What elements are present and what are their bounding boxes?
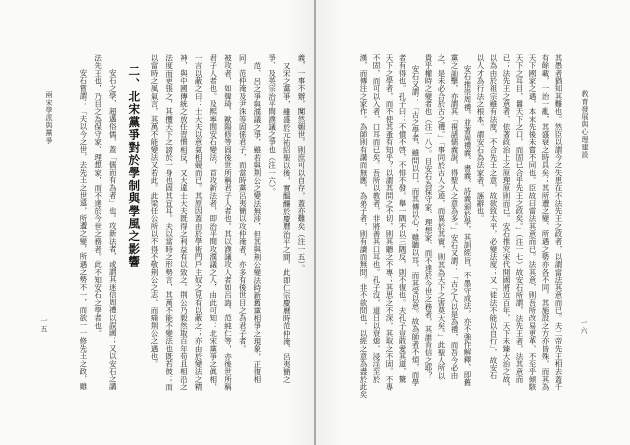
text-column: 黨之訕擊，亦謂其「視諸儒義說，得聖人之意為多。」安石又謂：「古之人以是為禮，而吾… <box>448 54 461 392</box>
text-column: 范、呂之爭與濮議之爭，雖若與荆公之變法無涉，但其與荆公變法時新舊黨相爭之現象，正… <box>249 54 264 392</box>
text-column: 爭、及英宗治平間濮議之爭也（注一六）。 <box>264 54 279 392</box>
text-column: 以人才為行法之根本。謂安石為法家者，誣辭也。 <box>474 54 487 392</box>
text-column: 義，一事不辦，闃然媚世，則庶可以自存，蓋亦難矣（注一五）。 <box>293 54 308 392</box>
text-column: 安石推崇周禮，並著周禮義、書義、詩義頒於學，其訓經旨，不墨守成法，亦不強作解釋，… <box>461 54 474 392</box>
text-column: 貴乎權時之變者也（注一八）。目安石為保守家、理想家、而不達於今世之務者，其誰肯信… <box>422 54 435 392</box>
text-column: 法度而更張之，其攬天下之謗於一身也固其宜耳。夫以當時之形勢言，其萬不能不變法也既… <box>161 54 176 392</box>
text-column: 安石又謂：「古之學者，雖問以口，而其傳以心；雖聽以耳，而其受以意。故為師者不煩，… <box>409 54 422 392</box>
text-column: 有餘載，一治一亂，其盛衰之時具矣；其所遭之變、所遇之勢亦各不同，其施設之方亦皆殊… <box>539 54 552 392</box>
book-scan: 兩宋學派與黨爭 一五 義，一事不辦，闃然媚世，則庶可以自存，蓋亦難矣（注一五）。… <box>0 0 630 445</box>
text-column: 安石之學，超邁俗儒，蓋「儒而有為者」也。攻新法者，或謂其迷信周禮以誤國；又以安石… <box>105 54 120 392</box>
text-column: 以當時之風氣言，其萬不能變法又若此。此梁任公所以不得不敬荆公之志、而痛荆公之遇也… <box>146 54 161 392</box>
running-title-right: 敎育發展與心理建設 <box>580 90 590 158</box>
text-column: 又宋之黨爭，雖盛於元祐紹聖以後，實醞釀於慶曆治平之間，此即仁宗慶曆時范仲淹、呂夷… <box>279 54 294 392</box>
text-column: 之，是未必合於古之禮。」「事同於古人之迹，而異於其實，則其為天下之害莫大矣。」此… <box>435 54 448 392</box>
text-column: 君子人者也。及熙寧間安石變法，首攻新法者，即治平間攻濮議之人，由此可知：北宋黨爭… <box>205 54 220 392</box>
text-column: 天下國家之遇，本末先後未嘗不同也。臣故曰當法其意而已。法其意，則吾所改易更革，不… <box>526 54 539 392</box>
text-column: 安石嘗謂：「夫以今之世，去先王之世遠，所遭之變，所遇之勢不一，而欲一一修先王之政… <box>75 54 90 392</box>
left-page-text: 義，一事不辦，闃然媚世，則庶可以自存，蓋亦難矣（注一五）。又宋之黨爭，雖盛於元祐… <box>60 54 308 392</box>
text-column: 不固，而可以入者，口耳而已矣。吾所以教者，非將善其口耳也。孔子沒，道日以衰熄，浸… <box>370 54 383 392</box>
text-column: 已；法先王之意者，依著政治上之原理原則而已。安石推究宋代開國將近百年，天下未臻大… <box>500 54 513 392</box>
page-number-right: 一六 <box>579 319 589 335</box>
section-heading: 二、北宋黨爭對於學制與學風之影響 <box>119 54 146 392</box>
text-column: 被攻者，如韓琦、歐陽修等固後世所稱君子人者也。其以濮議攻人者如呂誨、范純仁等，亦… <box>220 54 235 392</box>
text-column: 法先王也，乃目之為保守家、理想家，而不達於今世之務者。此不知安石之學者也。 <box>90 54 105 392</box>
gutter-shadow-right <box>316 0 344 445</box>
right-page-text: 其愚者猶知其難也。然臣以謂今之失患在不法先王之政者，以謂當法其意而已。夫二帝先王… <box>356 54 565 392</box>
text-column: 者有得也。孔子曰：不憤不啓，不悱不發，舉一隅不以三隅反，則不復也。夫孔子豈敢愛其… <box>396 54 409 392</box>
page-gutter-line <box>314 0 316 445</box>
running-title-left: 兩宋學派與黨爭 <box>44 91 54 144</box>
text-column: 漢，而傳注之家作。為師則有講而無應，為弟子者，則有讀而無問。非不欲問也，以經之意… <box>357 54 370 392</box>
text-column: 一言以蔽之曰：士大夫以意氣相競而已。其原因蓋由於學術門戶主奴之見有以蔽之；亦由於… <box>190 54 205 392</box>
text-column: 天下之學者，而不使其蚤有知乎？以謂其問之不切，則其聽之不專；其思之不深，其取之不… <box>383 54 396 392</box>
page-number-left: 一五 <box>39 317 49 333</box>
text-column: 天下之耳目，囂天下之口，而固已合乎先王之政矣。」（注一七）故安石所謂，法先王者，… <box>513 54 526 392</box>
text-column: 神，與中國傳統之放任習慣相反，又大違士大夫既得之利益有以致之。荆公乃毅然取百年苟… <box>176 54 191 392</box>
text-column: 以為由於祖宗雖有法度，不合先王之意，故欲致太平，必變法度；又「徒法不能以自行」，… <box>487 54 500 392</box>
text-column: 同。范仲淹及尹洙等固係君子，而當時黨呂夷簡以攻仲淹者，亦多有後世目之為君子者。 <box>234 54 249 392</box>
text-column: 其愚者猶知其難也。然臣以謂今之失患在不法先王之政者，以謂當法其意而已。夫二帝先王… <box>552 54 565 392</box>
